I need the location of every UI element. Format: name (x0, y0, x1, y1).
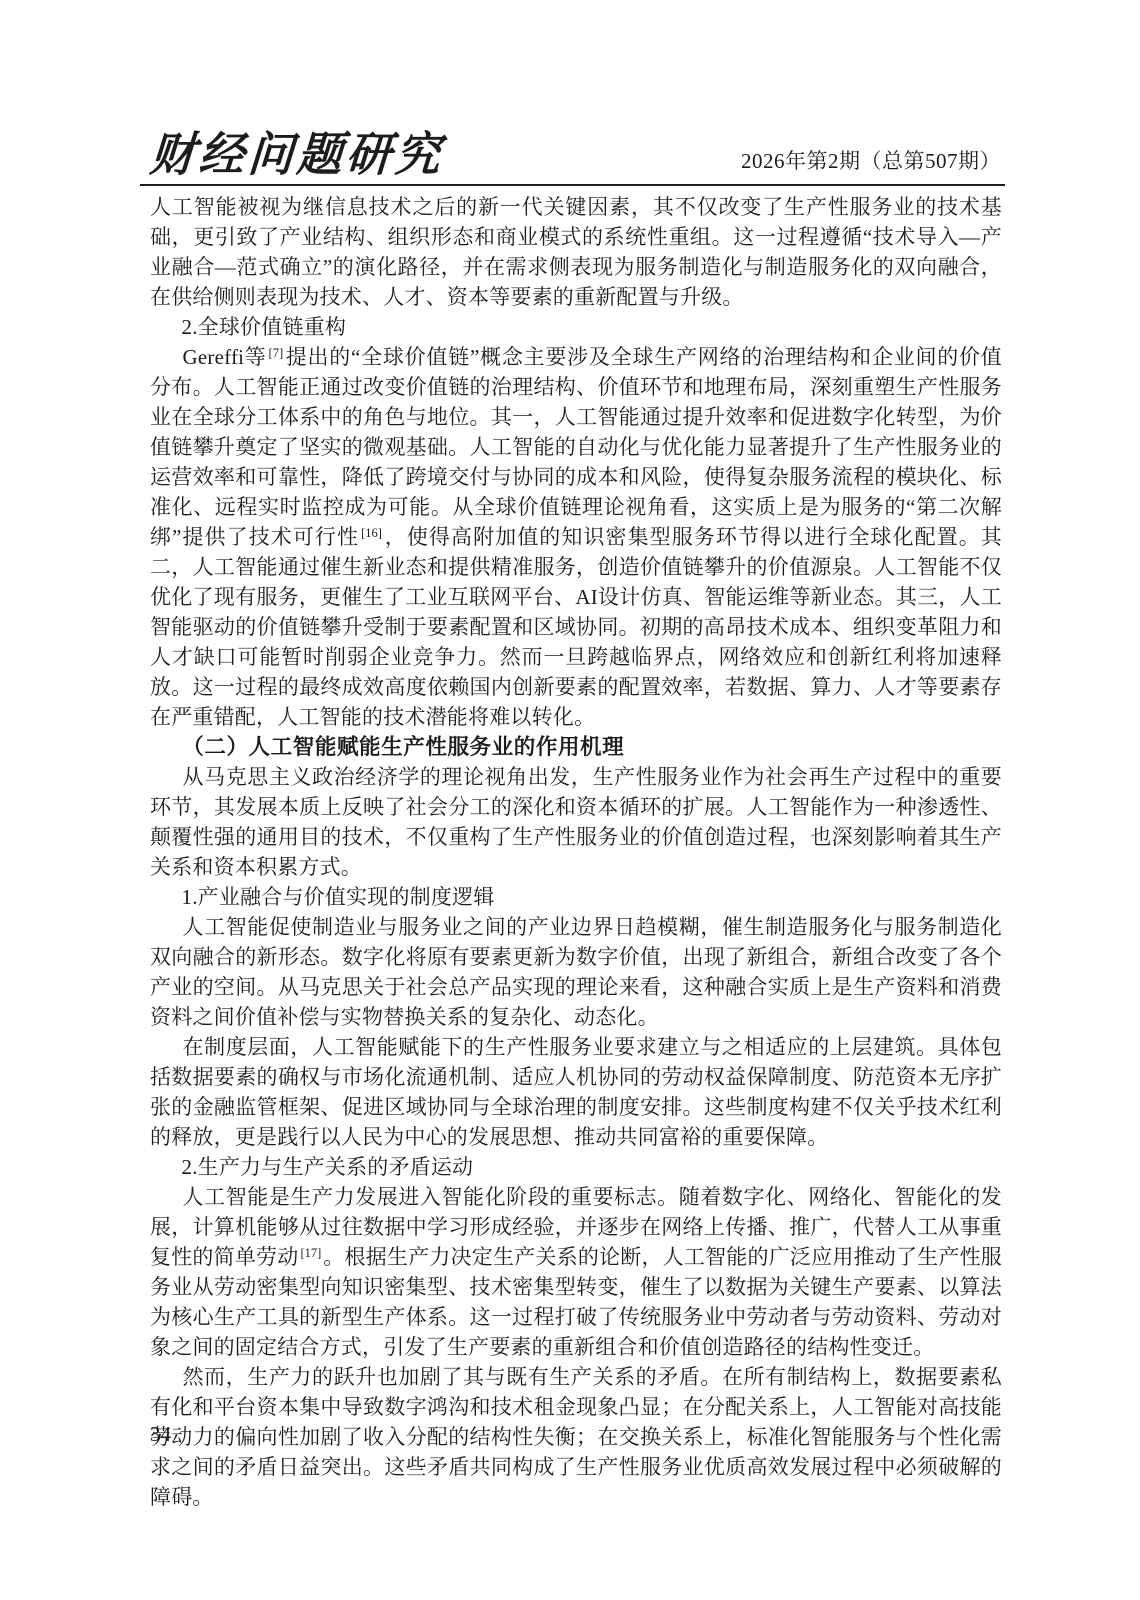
text-run: Gereffi等 (183, 345, 267, 369)
paragraph: 人工智能被视为继信息技术之后的新一代关键因素，其不仅改变了生产性服务业的技术基础… (150, 192, 1002, 312)
text-run: 提出的“全球价值链”概念主要涉及全球生产网络的治理结构和企业间的价值分布。人工智… (150, 345, 1002, 549)
citation-superscript: [17] (300, 1246, 321, 1260)
paragraph: 在制度层面，人工智能赋能下的生产性服务业要求建立与之相适应的上层建筑。具体包括数… (150, 1032, 1002, 1152)
section-heading: （二）人工智能赋能生产性服务业的作用机理 (150, 732, 1002, 762)
text-run: 在制度层面，人工智能赋能下的生产性服务业要求建立与之相适应的上层建筑。具体包括数… (150, 1035, 1002, 1149)
sub-heading: 2.全球价值链重构 (150, 312, 1002, 342)
paragraph: Gereffi等[7]提出的“全球价值链”概念主要涉及全球生产网络的治理结构和企… (150, 342, 1002, 732)
paragraph: 从马克思主义政治经济学的理论视角出发，生产性服务业作为社会再生产过程中的重要环节… (150, 762, 1002, 882)
sub-heading: 2.生产力与生产关系的矛盾运动 (150, 1152, 1002, 1182)
page-number: 34 (150, 1422, 171, 1447)
citation-superscript: [16] (361, 526, 382, 540)
text-run: 2.全球价值链重构 (182, 315, 347, 339)
text-run: 人工智能促使制造业与服务业之间的产业边界日趋模糊，催生制造服务化与服务制造化双向… (150, 915, 1002, 1029)
text-run: ，使得高附加值的知识密集型服务环节得以进行全球化配置。其二，人工智能通过催生新业… (150, 525, 1002, 729)
journal-page: 财经问题研究 2026年第2期（总第507期） 人工智能被视为继信息技术之后的新… (0, 0, 1140, 1600)
text-run: （二）人工智能赋能生产性服务业的作用机理 (182, 735, 624, 759)
article-body: 人工智能被视为继信息技术之后的新一代关键因素，其不仅改变了生产性服务业的技术基础… (150, 192, 1002, 1512)
paragraph: 人工智能是生产力发展进入智能化阶段的重要标志。随着数字化、网络化、智能化的发展，… (150, 1182, 1002, 1362)
text-run: 1.产业融合与价值实现的制度逻辑 (182, 885, 495, 909)
issue-info: 2026年第2期（总第507期） (741, 151, 1005, 184)
text-run: 2.生产力与生产关系的矛盾运动 (182, 1155, 474, 1179)
text-run: 从马克思主义政治经济学的理论视角出发，生产性服务业作为社会再生产过程中的重要环节… (150, 765, 1002, 879)
paragraph: 然而，生产力的跃升也加剧了其与既有生产关系的矛盾。在所有制结构上，数据要素私有化… (150, 1362, 1002, 1512)
paragraph: 人工智能促使制造业与服务业之间的产业边界日趋模糊，催生制造服务化与服务制造化双向… (150, 912, 1002, 1032)
citation-superscript: [7] (269, 346, 284, 360)
sub-heading: 1.产业融合与价值实现的制度逻辑 (150, 882, 1002, 912)
page-header: 财经问题研究 2026年第2期（总第507期） (140, 118, 1005, 186)
text-run: 然而，生产力的跃升也加剧了其与既有生产关系的矛盾。在所有制结构上，数据要素私有化… (150, 1365, 1002, 1509)
journal-logo: 财经问题研究 (140, 131, 446, 184)
text-run: 人工智能被视为继信息技术之后的新一代关键因素，其不仅改变了生产性服务业的技术基础… (150, 195, 1002, 309)
